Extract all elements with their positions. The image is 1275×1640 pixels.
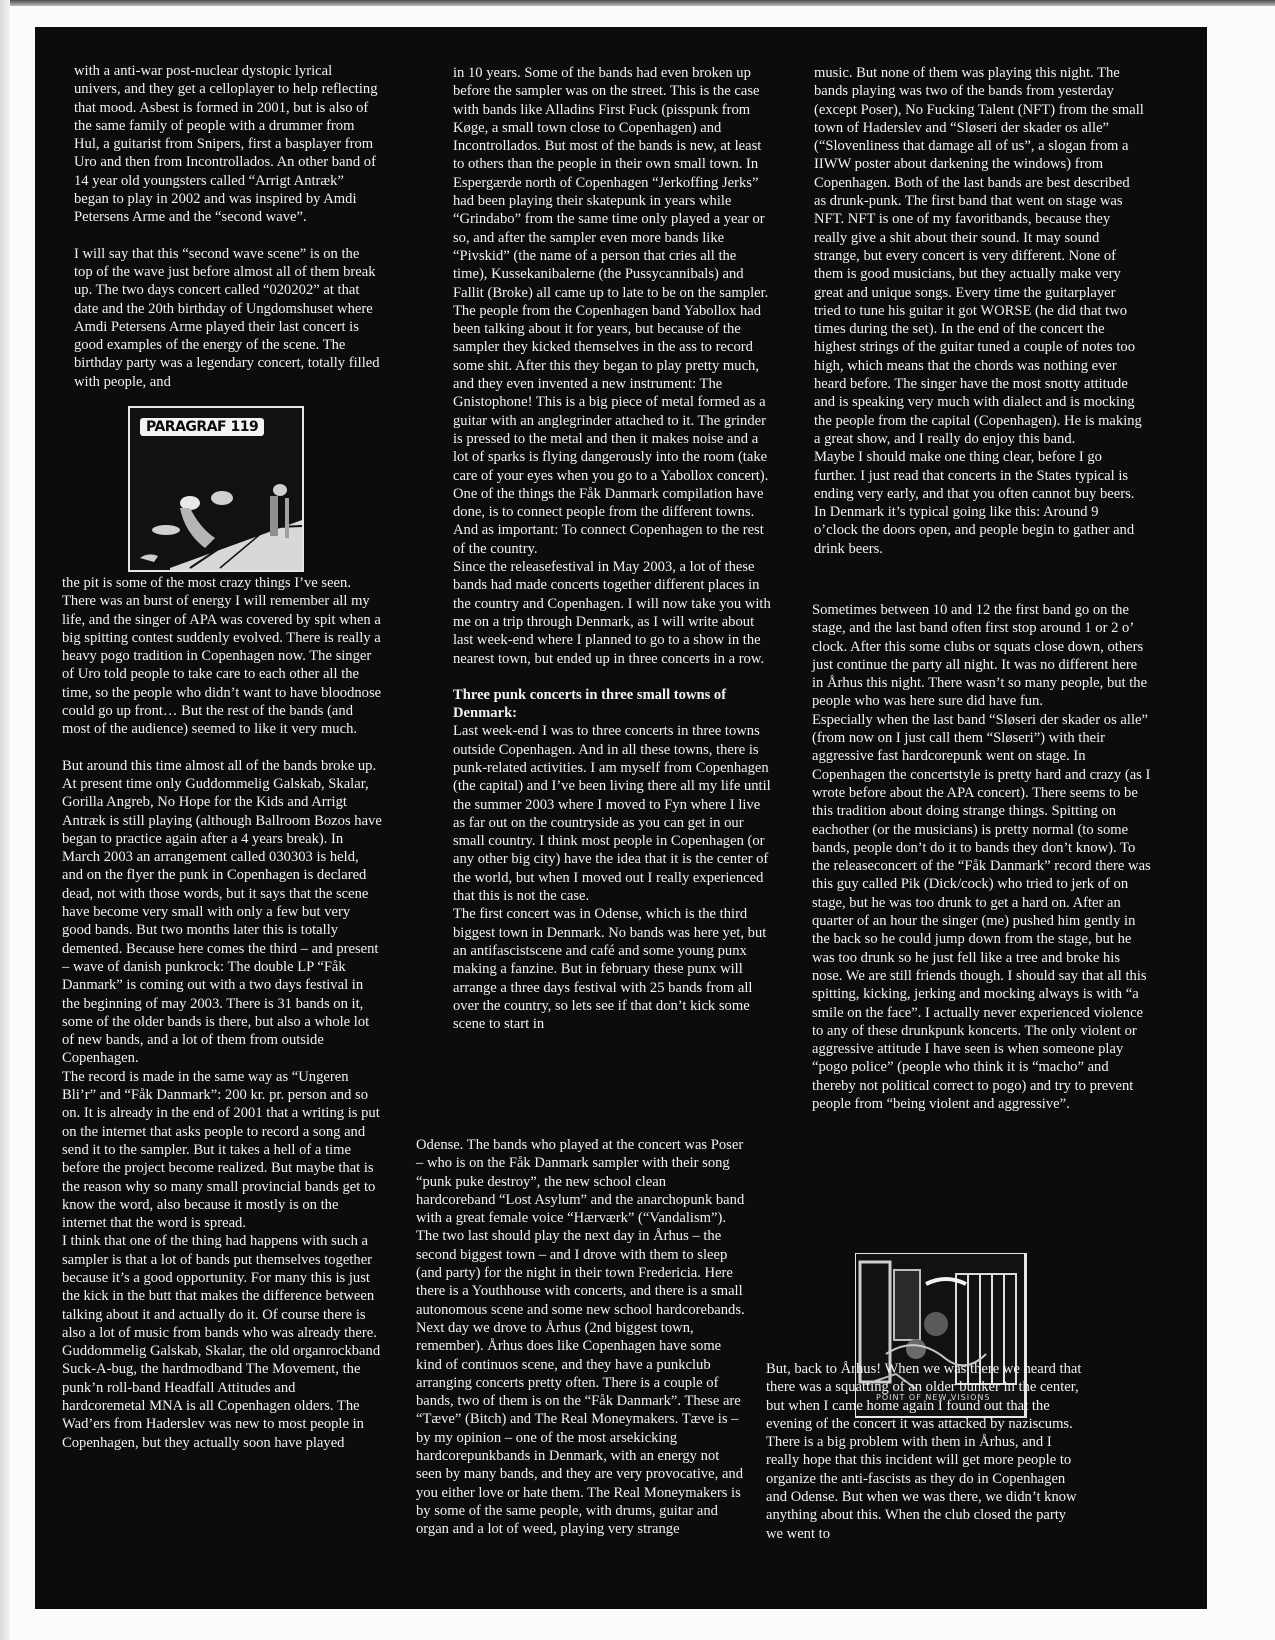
column-2-bottom: Odense. The bands who played at the conc… bbox=[416, 1136, 746, 1539]
paragraph: But, back to Århus! When we was there we… bbox=[766, 1360, 1086, 1543]
column-3-bottom: But, back to Århus! When we was there we… bbox=[766, 1360, 1086, 1543]
paragraph: in 10 years. Some of the bands had even … bbox=[453, 64, 773, 558]
paragraph: the pit is some of the most crazy things… bbox=[62, 574, 382, 739]
paragraph: with a anti-war post-nuclear dystopic ly… bbox=[74, 62, 380, 227]
paper-left-edge bbox=[0, 0, 10, 1640]
paragraph: Maybe I should make one thing clear, bef… bbox=[814, 448, 1144, 558]
paragraph: music. But none of them was playing this… bbox=[814, 64, 1144, 448]
paragraph: The record is made in the same way as “U… bbox=[62, 1068, 382, 1233]
column-2-top: in 10 years. Some of the bands had even … bbox=[453, 64, 773, 1033]
paper-top-edge bbox=[0, 0, 1275, 6]
paragraph: I will say that this “second wave scene”… bbox=[74, 245, 380, 391]
album-cover-paragraf-119: PARAGRAF 119 bbox=[128, 406, 304, 572]
paragraph: Since the releasefestival in May 2003, a… bbox=[453, 558, 773, 668]
paragraph: The first concert was in Odense, which i… bbox=[453, 905, 773, 1033]
column-3-top: music. But none of them was playing this… bbox=[814, 64, 1144, 558]
column-3-middle: Sometimes between 10 and 12 the first ba… bbox=[812, 601, 1152, 1113]
paragraph: Odense. The bands who played at the conc… bbox=[416, 1136, 746, 1319]
paragraph: Especially when the last band “Sløseri d… bbox=[812, 711, 1152, 1114]
paragraph: Next day we drove to Århus (2nd biggest … bbox=[416, 1319, 746, 1539]
paragraph: I think that one of the thing had happen… bbox=[62, 1232, 382, 1452]
section-heading: Three punk concerts in three small towns… bbox=[453, 686, 773, 723]
paragraph: But around this time almost all of the b… bbox=[62, 757, 382, 1068]
column-1-bottom: the pit is some of the most crazy things… bbox=[62, 574, 382, 1452]
album-title: PARAGRAF 119 bbox=[140, 418, 264, 436]
column-1-top: with a anti-war post-nuclear dystopic ly… bbox=[74, 62, 380, 391]
paragraph: Sometimes between 10 and 12 the first ba… bbox=[812, 601, 1152, 711]
paragraph: Last week-end I was to three concerts in… bbox=[453, 722, 773, 905]
